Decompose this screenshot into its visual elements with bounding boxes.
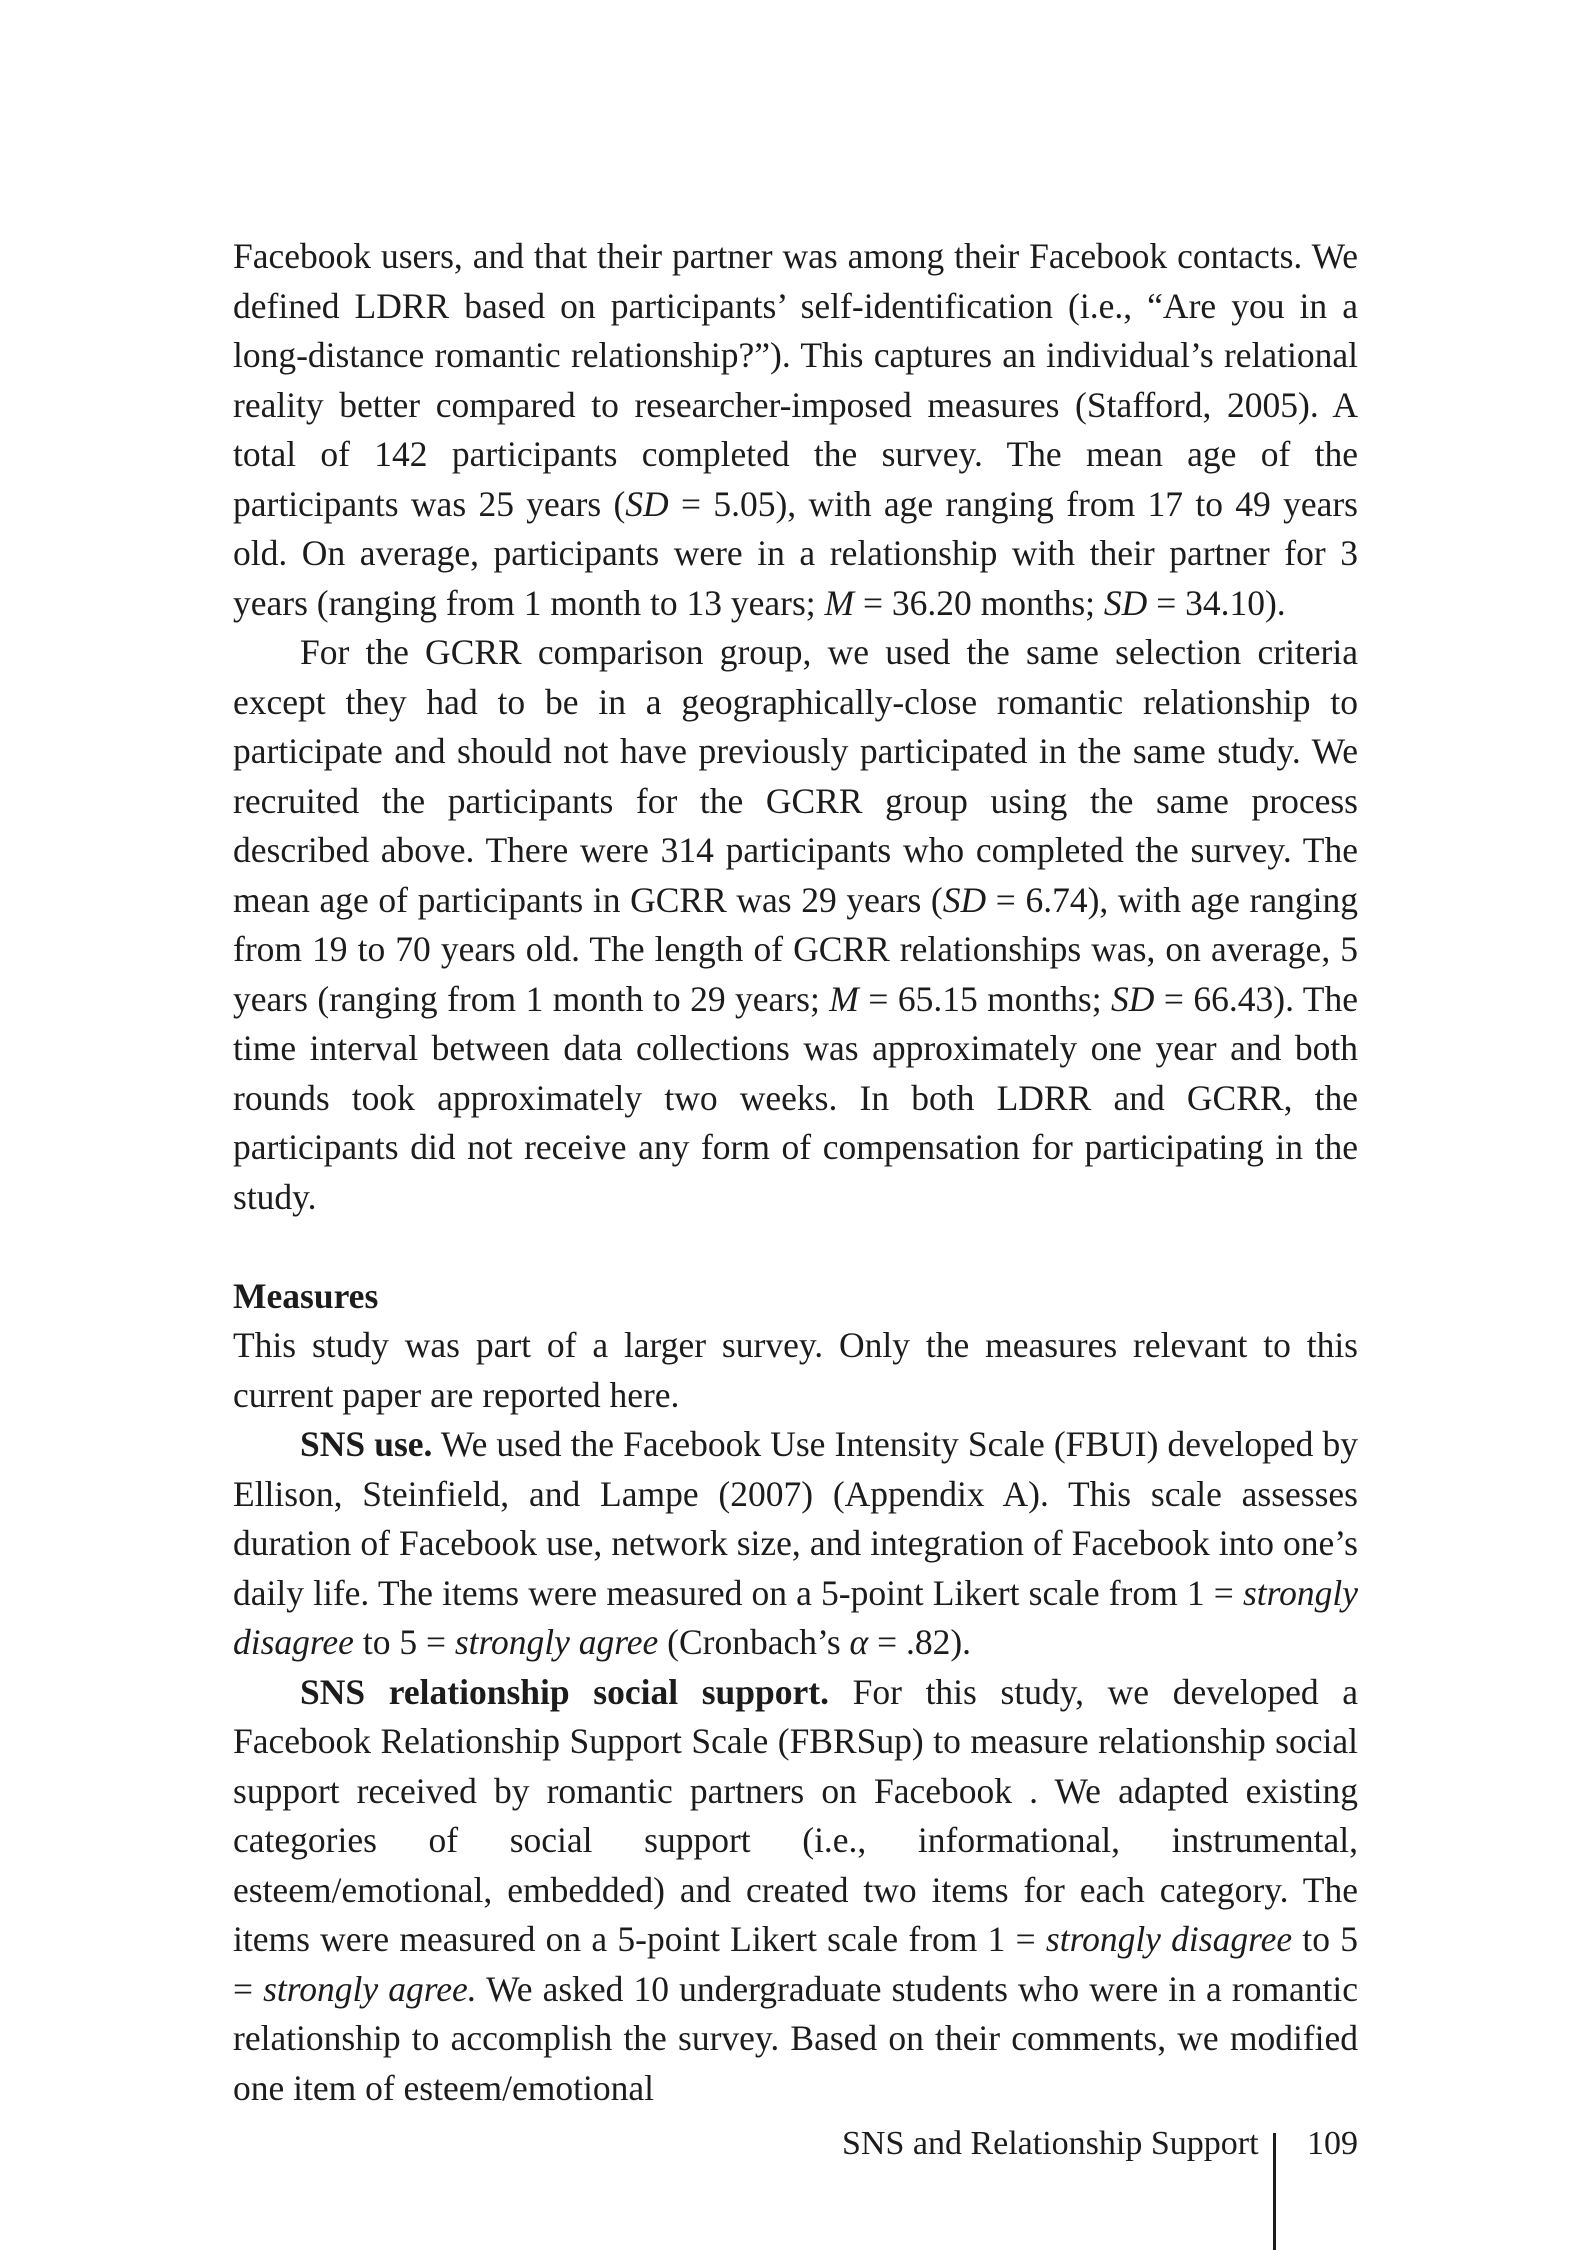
text-run: = .82). [868,1622,971,1662]
footer-divider [1273,2133,1276,2250]
text-run: Facebook users, and that their partner w… [233,236,1358,524]
italic-term: strongly agree. [263,1969,477,2009]
text-run: For this study, we developed a Facebook … [233,1672,1358,1960]
text-run: = 65.15 months; [859,979,1111,1019]
section-spacer [233,1222,1358,1272]
italic-term: SD [625,484,668,524]
text-run: = 34.10). [1147,583,1285,623]
italic-term: SD [1104,583,1147,623]
paragraph-ldrr-participants: Facebook users, and that their partner w… [233,232,1358,628]
text-run: For the GCRR comparison group, we used t… [233,632,1358,920]
paragraph-gcrr-comparison: For the GCRR comparison group, we used t… [233,628,1358,1222]
italic-term: SD [943,880,986,920]
document-page: Facebook users, and that their partner w… [0,0,1594,2250]
italic-term: strongly disagree [1046,1919,1292,1959]
section-heading-measures: Measures [233,1272,1358,1322]
italic-term: M [825,583,855,623]
italic-term: M [829,979,859,1019]
italic-term: strongly agree [455,1622,658,1662]
paragraph-sns-relationship-support: SNS relationship social support. For thi… [233,1668,1358,2114]
italic-term: SD [1111,979,1154,1019]
running-footer-title: SNS and Relationship Support [842,2124,1242,2164]
text-run: (Cronbach’s [658,1622,849,1662]
text-run: = 36.20 months; [854,583,1104,623]
page-number: 109 [1300,2124,1358,2164]
paragraph-sns-use: SNS use. We used the Facebook Use Intens… [233,1420,1358,1668]
run-in-heading: SNS use. [300,1424,432,1464]
body-text: Facebook users, and that their partner w… [233,232,1358,2113]
italic-term: α [850,1622,869,1662]
run-in-heading: SNS relationship social support. [300,1672,829,1712]
paragraph-measures-intro: This study was part of a larger survey. … [233,1321,1358,1420]
text-run: to 5 = [354,1622,455,1662]
